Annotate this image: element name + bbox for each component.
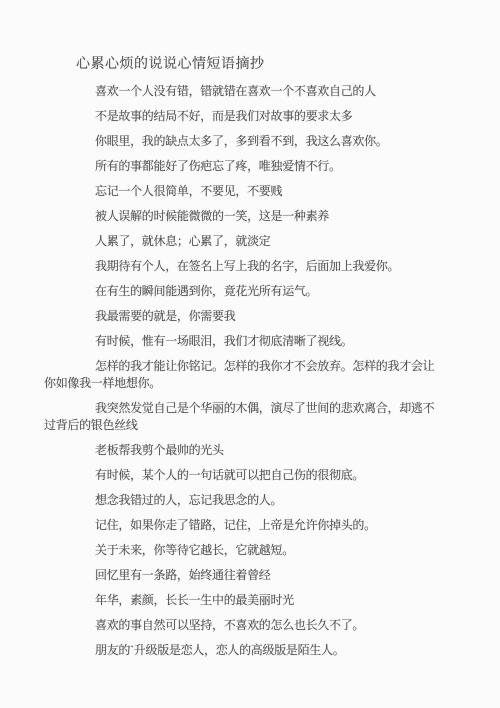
document-page: 心累心烦的说说心情短语摘抄 喜欢一个人没有错，错就错在喜欢一个不喜欢自己的人不是… — [0, 0, 500, 708]
quote-line: 喜欢一个人没有错，错就错在喜欢一个不喜欢自己的人 — [44, 83, 442, 100]
quote-line: 记住，如果你走了错路，记住，上帝是允许你掉头的。 — [44, 517, 442, 534]
quote-line: 怎样的我才能让你铭记。怎样的我你才不会放弃。怎样的我才会让你如像我一样地想你。 — [44, 358, 442, 392]
quote-list: 喜欢一个人没有错，错就错在喜欢一个不喜欢自己的人不是故事的结局不好，而是我们对故… — [44, 83, 442, 659]
quote-line: 忘记一个人很简单，不要见，不要贱 — [44, 183, 442, 200]
quote-line: 回忆里有一条路，始终通往着曾经 — [44, 567, 442, 584]
quote-line: 你眼里，我的缺点太多了，多到看不到，我这么喜欢你。 — [44, 133, 442, 150]
quote-line: 我突然发觉自己是个华丽的木偶，演尽了世间的悲欢离合，却逃不过背后的银色丝线 — [44, 400, 442, 434]
quote-line: 有时候，惟有一场眼泪，我们才彻底清晰了视线。 — [44, 333, 442, 350]
page-title: 心累心烦的说说心情短语摘抄 — [76, 56, 442, 74]
quote-line: 在有生的瞬间能遇到你，竟花光所有运气。 — [44, 283, 442, 300]
quote-line: 被人误解的时候能微微的一笑，这是一种素养 — [44, 208, 442, 225]
quote-line: 年华，素颜，长长一生中的最美丽时光 — [44, 592, 442, 609]
quote-line: 有时候，某个人的一句话就可以把自己伤的很彻底。 — [44, 467, 442, 484]
quote-line: 不是故事的结局不好，而是我们对故事的要求太多 — [44, 108, 442, 125]
quote-line: 老板帮我剪个最帅的光头 — [44, 442, 442, 459]
quote-line: 我期待有个人，在签名上写上我的名字，后面加上我爱你。 — [44, 258, 442, 275]
quote-line: 想念我错过的人，忘记我思念的人。 — [44, 492, 442, 509]
quote-line: 喜欢的事自然可以坚持，不喜欢的怎么也长久不了。 — [44, 617, 442, 634]
quote-line: 人累了，就休息；心累了，就淡定 — [44, 233, 442, 250]
quote-line: 所有的事都能好了伤疤忘了疼，唯独爱情不行。 — [44, 158, 442, 175]
quote-line: 朋友的`升级版是恋人，恋人的高级版是陌生人。 — [44, 642, 442, 659]
quote-line: 关于未来，你等待它越长，它就越短。 — [44, 542, 442, 559]
quote-line: 我最需要的就是，你需要我 — [44, 308, 442, 325]
